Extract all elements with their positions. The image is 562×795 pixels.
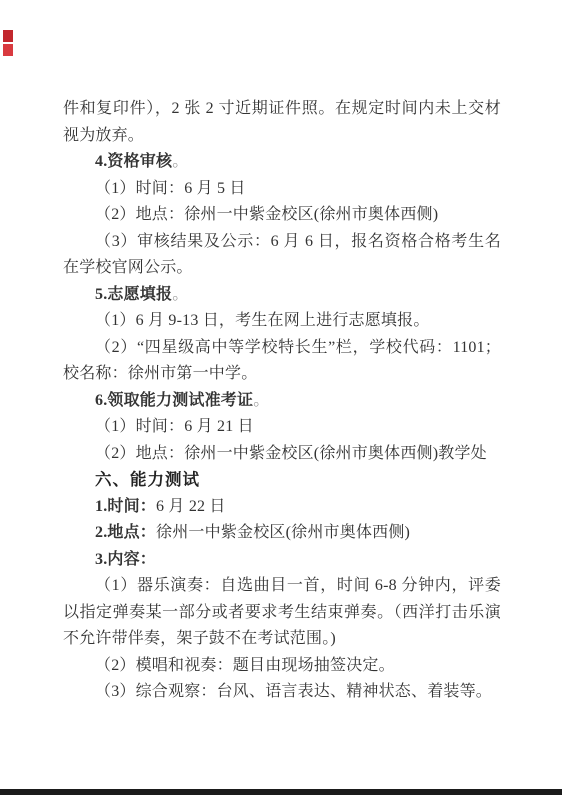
text-segment: 6 月 22 日 <box>156 498 226 515</box>
red-marker-bottom-icon <box>3 44 13 56</box>
text-segment: 6.领取能力测试准考证 <box>95 392 253 409</box>
red-annotation-marker <box>3 30 13 58</box>
red-marker-top-icon <box>3 30 13 42</box>
text-line: 在学校官网公示。 <box>63 255 501 282</box>
page-bottom-edge <box>0 789 562 795</box>
text-line: （1）6 月 9-13 日，考生在网上进行志愿填报。 <box>63 308 501 335</box>
text-line: 1.时间：6 月 22 日 <box>63 494 501 521</box>
text-segment: （1）时间：6 月 5 日 <box>95 180 246 197</box>
text-segment: 视为放弃。 <box>63 127 144 144</box>
text-segment: （2）地点：徐州一中紫金校区(徐州市奥体西侧) <box>95 206 438 223</box>
text-line: 件和复印件），2 张 2 寸近期证件照。在规定时间内未上交材料 <box>63 96 501 123</box>
text-line: 2.地点：徐州一中紫金校区(徐州市奥体西侧) <box>63 520 501 547</box>
text-segment: 以指定弹奏某一部分或者要求考生结束弹奏。（西洋打击乐演奏 <box>63 604 501 627</box>
text-line: （2）地点：徐州一中紫金校区(徐州市奥体西侧) <box>63 202 501 229</box>
text-segment: 3.内容： <box>95 551 156 568</box>
text-segment: 。 <box>172 286 188 303</box>
section-heading: 六、能力测试 <box>63 467 501 494</box>
document-page: 件和复印件），2 张 2 寸近期证件照。在规定时间内未上交材料视为放弃。4.资格… <box>0 0 562 795</box>
text-segment: 在学校官网公示。 <box>63 259 193 276</box>
text-segment: （2）模唱和视奏：题目由现场抽签决定。 <box>95 657 395 674</box>
text-line: （3）审核结果及公示：6 月 6 日，报名资格合格考生名单 <box>63 229 501 256</box>
text-segment: 4.资格审核 <box>95 153 172 170</box>
text-line: 4.资格审核。 <box>63 149 501 176</box>
text-line: （2）地点：徐州一中紫金校区(徐州市奥体西侧)教学处 <box>63 441 501 468</box>
text-line: （1）器乐演奏：自选曲目一首，时间 6-8 分钟内，评委可 <box>63 573 501 600</box>
text-line: 6.领取能力测试准考证。 <box>63 388 501 415</box>
text-segment: 六、能力测试 <box>95 471 200 489</box>
text-line: （1）时间：6 月 21 日 <box>63 414 501 441</box>
text-line: 以指定弹奏某一部分或者要求考生结束弹奏。（西洋打击乐演奏 <box>63 600 501 627</box>
text-segment: 件和复印件），2 张 2 寸近期证件照。在规定时间内未上交材料 <box>63 100 501 123</box>
text-segment: 校名称：徐州市第一中学。 <box>63 365 257 382</box>
text-line: 不允许带伴奏，架子鼓不在考试范围。) <box>63 626 501 653</box>
text-segment: 2.地点： <box>95 524 156 541</box>
text-line: （2）“四星级高中等学校特长生”栏，学校代码：1101；学 <box>63 335 501 362</box>
text-segment: 徐州一中紫金校区(徐州市奥体西侧) <box>156 524 410 541</box>
text-segment: （2）地点：徐州一中紫金校区(徐州市奥体西侧)教学处 <box>95 445 487 462</box>
text-segment: （1）时间：6 月 21 日 <box>95 418 254 435</box>
text-segment: （3）审核结果及公示：6 月 6 日，报名资格合格考生名单 <box>95 233 501 256</box>
text-segment: （1）器乐演奏：自选曲目一首，时间 6-8 分钟内，评委可 <box>95 577 501 600</box>
text-line: （1）时间：6 月 5 日 <box>63 176 501 203</box>
text-segment: 。 <box>253 392 269 409</box>
text-segment: 不允许带伴奏，架子鼓不在考试范围。) <box>63 630 336 647</box>
text-line: 5.志愿填报。 <box>63 282 501 309</box>
text-line: （2）模唱和视奏：题目由现场抽签决定。 <box>63 653 501 680</box>
text-line: 视为放弃。 <box>63 123 501 150</box>
text-segment: （3）综合观察：台风、语言表达、精神状态、着装等。 <box>95 683 492 700</box>
text-segment: （2）“四星级高中等学校特长生”栏，学校代码：1101；学 <box>95 339 501 362</box>
text-line: 3.内容： <box>63 547 501 574</box>
text-line: （3）综合观察：台风、语言表达、精神状态、着装等。 <box>63 679 501 706</box>
text-segment: 5.志愿填报 <box>95 286 172 303</box>
text-segment: 1.时间： <box>95 498 156 515</box>
text-segment: 。 <box>172 153 188 170</box>
document-content: 件和复印件），2 张 2 寸近期证件照。在规定时间内未上交材料视为放弃。4.资格… <box>63 96 501 706</box>
text-segment: （1）6 月 9-13 日，考生在网上进行志愿填报。 <box>95 312 430 329</box>
text-line: 校名称：徐州市第一中学。 <box>63 361 501 388</box>
